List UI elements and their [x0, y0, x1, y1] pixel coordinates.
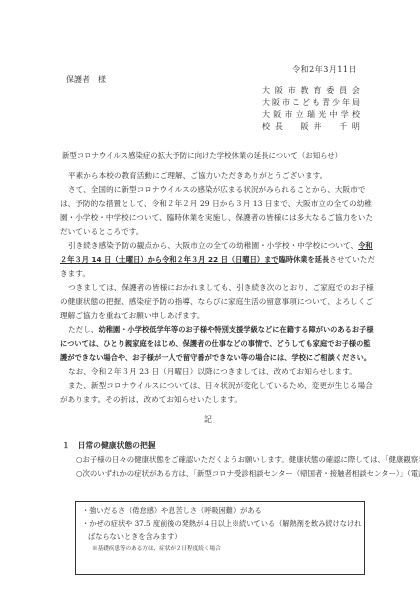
sender-char: 光: [318, 109, 326, 121]
sender-char: 少: [332, 97, 340, 109]
sender-char: 中: [330, 109, 338, 121]
sender-char: 市: [282, 97, 290, 109]
sender-char: 明: [352, 121, 360, 133]
sender-char: 阪: [272, 97, 280, 109]
sender-char: 育: [313, 85, 321, 97]
paragraph-extension: 引き続き感染予防の観点から、大阪市立の全ての幼稚園・小学校・中学校について、令和…: [60, 239, 376, 281]
sender-char: 阪: [301, 121, 309, 133]
sender-char: [326, 121, 334, 133]
section-1-body: ○お子様の日々の健康状態をご確認いただくようお願いします。健康状態の確認に際して…: [76, 453, 376, 481]
sender-char: 教: [301, 85, 309, 97]
sender-char: 大: [262, 109, 270, 121]
paragraph-changes: また、新型コロナウイルスについては、日々状況が変化しているため、変更が生じる場合…: [60, 379, 376, 407]
sender-char: こ: [292, 97, 300, 109]
symptom-2: ・かぜの症状や 37.5 度前後の発熱が４日以上※続いている（解熱剤を飲み続けな…: [82, 517, 364, 543]
sender-char: 員: [339, 85, 347, 97]
sender-line-2: 大阪市こども青少年局: [262, 97, 360, 109]
exception-intro: ただし、: [68, 325, 99, 334]
sender-char: 阪: [275, 85, 283, 97]
sender-char: 校: [262, 121, 270, 133]
sender-char: 市: [288, 85, 296, 97]
sender-char: 立: [296, 109, 304, 121]
sender-char: も: [312, 97, 320, 109]
sender-char: 委: [326, 85, 334, 97]
symptom-box: ・強いだるさ（倦怠感）や息苦しさ（呼吸困難）がある ・かぜの症状や 37.5 度…: [75, 501, 365, 575]
sender-char: 校: [352, 109, 360, 121]
ki-marker: 記: [204, 414, 212, 425]
sender-char: 市: [285, 109, 293, 121]
document-title: 新型コロナウイルス感染症の拡大予防に向けた学校休業の延長について（お知らせ）: [62, 150, 342, 161]
paragraph-exception: ただし、幼稚園・小学校低学年等のお子様や特別支援学級などに在籍する障がいのあるお…: [60, 323, 376, 365]
sender-char: 千: [339, 121, 347, 133]
sender-char: 学: [341, 109, 349, 121]
sender-char: 年: [342, 97, 350, 109]
paragraph-request: つきましては、保護者の皆様におかれましても、引き続き次のとおり、ご家庭でのお子様…: [60, 281, 376, 323]
sender-char: [288, 121, 296, 133]
body-text: 平素から本校の教育活動にご理解、ご協力いただきありがとうございます。 さて、全国…: [60, 169, 376, 407]
section-1-heading: １ 日常の健康状態の把握: [62, 440, 156, 451]
sender-char: 局: [352, 97, 360, 109]
section-1-item-1: ○お子様の日々の健康状態をご確認いただくようお願いします。健康状態の確認に際して…: [76, 453, 376, 467]
exception-detail: 幼稚園・小学校低学年等のお子様や特別支援学級などに在籍する障がいのあるお子様につ…: [60, 325, 374, 362]
sender-char: 青: [322, 97, 330, 109]
paragraph-future-notice: なお、令和２年３月 23 日（月曜日）以降につきましては、改めてお知らせします。: [60, 365, 376, 379]
symptom-note: ※基礎疾患等のある方は、症状が２日程度続く場合: [82, 543, 364, 556]
sender-line-3: 大阪市立瑞光中学校: [262, 109, 360, 121]
addressee: 保護者 様: [66, 74, 106, 85]
issue-date: 令和2年3月11日: [292, 64, 357, 75]
sender-char: 井: [313, 121, 321, 133]
sender-char: 長: [275, 121, 283, 133]
section-1-item-2: ○次のいずれかの症状がある方は、「新型コロナ受診相談センター（帰国者・接触者相談…: [76, 467, 376, 481]
sender-char: 阪: [273, 109, 281, 121]
extension-intro: 引き続き感染予防の観点から、大阪市立の全ての幼稚園・小学校・中学校について、: [68, 241, 358, 250]
sender-block: 大阪市教育委員会 大阪市こども青少年局 大阪市立瑞光中学校 校長 阪井 千明: [262, 85, 360, 133]
sender-char: 大: [262, 97, 270, 109]
sender-char: 会: [352, 85, 360, 97]
paragraph-greeting: 平素から本校の教育活動にご理解、ご協力いただきありがとうございます。: [60, 169, 376, 183]
sender-char: 瑞: [307, 109, 315, 121]
sender-line-4: 校長 阪井 千明: [262, 121, 360, 133]
notice-page: 令和2年3月11日 保護者 様 大阪市教育委員会 大阪市こども青少年局 大阪市立…: [0, 0, 420, 603]
symptom-1: ・強いだるさ（倦怠感）や息苦しさ（呼吸困難）がある: [82, 504, 364, 517]
paragraph-background: さて、全国的に新型コロナウイルスの感染が広まる状況がみられることから、大阪市では…: [60, 183, 376, 239]
extension-action: 臨時休業を延長: [279, 255, 330, 264]
sender-char: 大: [262, 85, 270, 97]
sender-line-1: 大阪市教育委員会: [262, 85, 360, 97]
sender-char: ど: [302, 97, 310, 109]
